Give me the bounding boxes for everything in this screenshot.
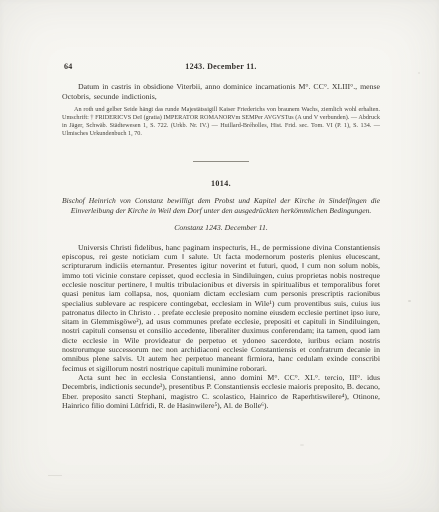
entry-dateline: Constanz 1243. December 11. <box>62 223 380 232</box>
text-block: 64 1243. December 11. Datum in castris i… <box>62 62 380 410</box>
scan-speck <box>300 444 304 446</box>
prev-entry-datum-line: Datum in castris in obsidione Viterbii, … <box>62 82 380 101</box>
section-divider-rule <box>193 161 249 162</box>
page-number: 64 <box>64 62 73 71</box>
scan-speck <box>48 475 62 476</box>
entry-acta-paragraph: Acta sunt hec in ecclesia Constantiensi,… <box>62 373 380 410</box>
entry-number: 1014. <box>62 179 380 188</box>
running-head-date: 1243. December 11. <box>185 62 256 71</box>
entry-body-paragraph: Universis Christi fidelibus, hanc pagina… <box>62 243 380 373</box>
prev-entry-seal-note: An roth und gelber Seide hängt das runde… <box>62 106 380 138</box>
scan-speck <box>418 72 420 74</box>
running-header: 64 1243. December 11. <box>62 62 380 73</box>
book-page: 64 1243. December 11. Datum in castris i… <box>0 0 439 512</box>
scan-speck <box>408 300 411 302</box>
entry-regest-heading: Bischof Heinrich von Constanz bewilligt … <box>62 196 380 217</box>
